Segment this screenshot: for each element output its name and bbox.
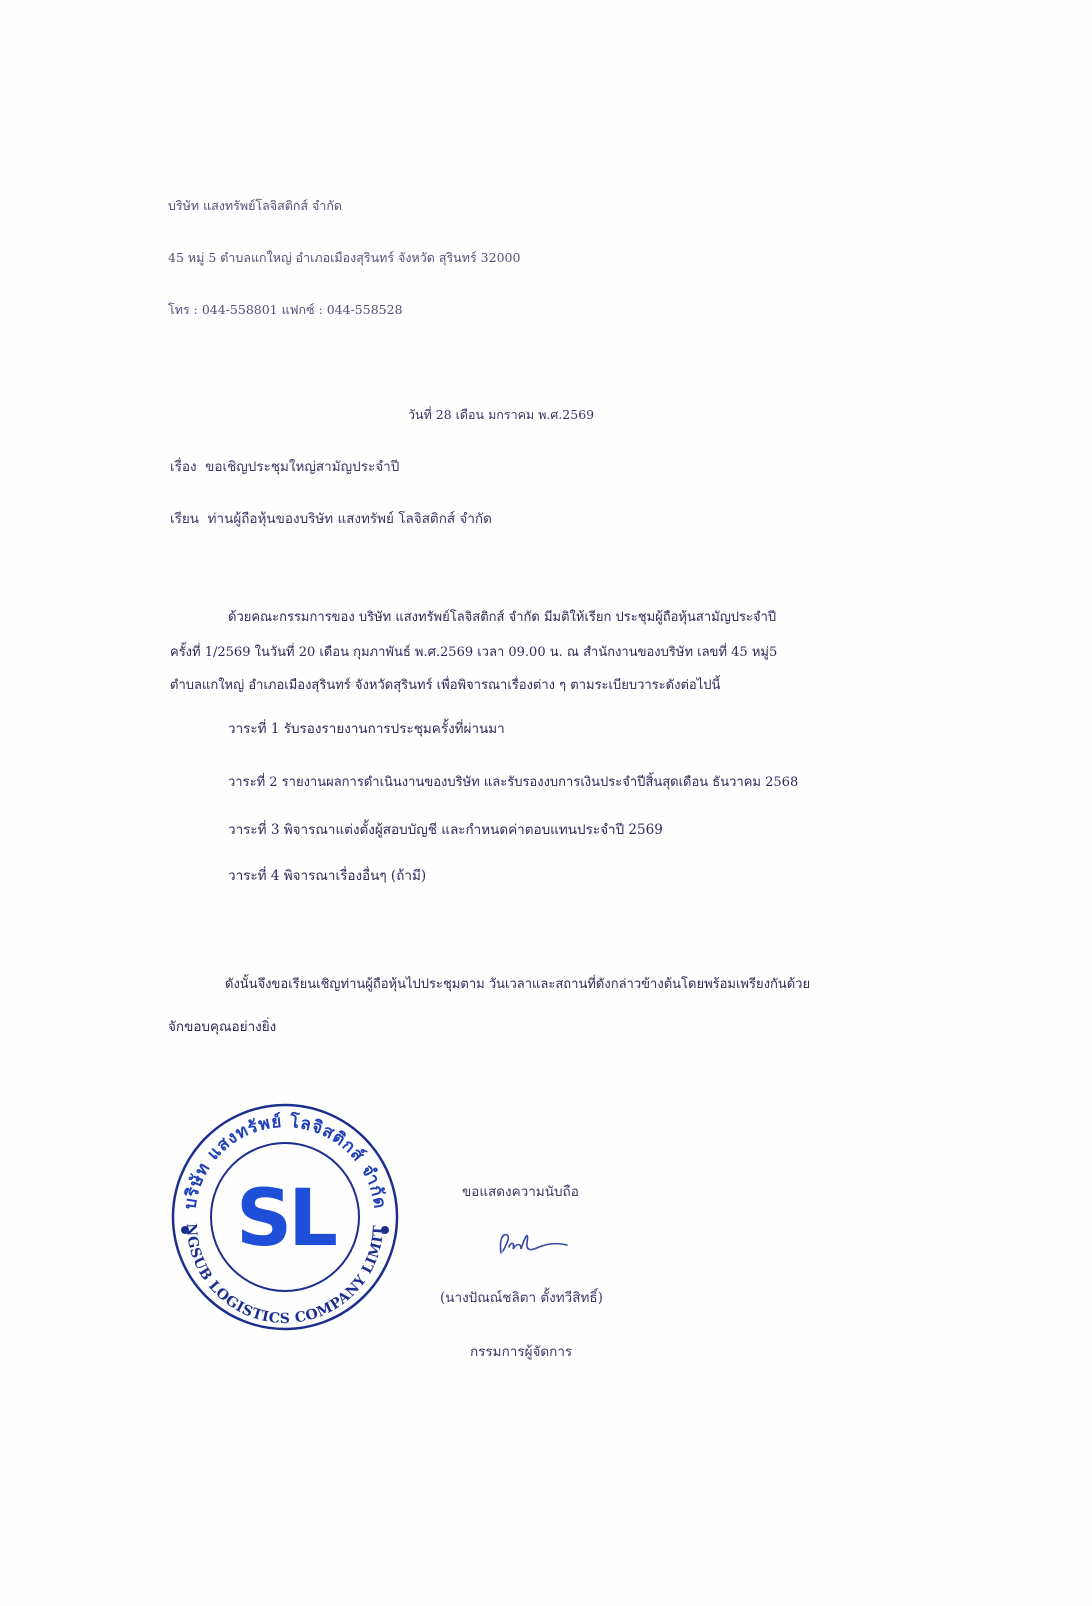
subject-label: เรื่อง: [170, 459, 197, 475]
company-address: 45 หมู่ 5 ตำบลแกใหญ่ อำเภอเมืองสุรินทร์ …: [168, 248, 520, 268]
company-name: บริษัท แสงทรัพย์โลจิสติกส์ จำกัด: [168, 196, 342, 216]
stamp-seal-icon: บริษัท แสงทรัพย์ โลจิสติกส์ จำกัด SANGSU…: [165, 1095, 405, 1335]
signer-name: (นางปัณณ์ชลิตา ตั้งทวีสิทธิ์): [440, 1286, 603, 1308]
subject-text: ขอเชิญประชุมใหญ่สามัญประจำปี: [205, 459, 399, 475]
letter-date: วันที่ 28 เดือน มกราคม พ.ศ.2569: [408, 405, 594, 425]
recipient-text: ท่านผู้ถือหุ้นของบริษัท แสงทรัพย์ โลจิสต…: [208, 511, 492, 527]
signature: [495, 1225, 575, 1265]
intro-line-3: ตำบลแกใหญ่ อำเภอเมืองสุรินทร์ จังหวัดสุร…: [170, 674, 720, 695]
agenda-item-2: วาระที่ 2 รายงานผลการดำเนินงานของบริษัท …: [228, 771, 798, 792]
subject-line: เรื่อง ขอเชิญประชุมใหญ่สามัญประจำปี: [170, 455, 399, 477]
agenda-item-1: วาระที่ 1 รับรองรายงานการประชุมครั้งที่ผ…: [228, 717, 505, 739]
signature-scribble-icon: [495, 1225, 575, 1265]
company-contact: โทร : 044-558801 แฟกซ์ : 044-558528: [168, 300, 403, 320]
company-stamp: บริษัท แสงทรัพย์ โลจิสติกส์ จำกัด SANGSU…: [165, 1095, 405, 1335]
signer-title: กรรมการผู้จัดการ: [470, 1340, 572, 1362]
stamp-monogram: SL: [236, 1174, 336, 1264]
document-page: บริษัท แสงทรัพย์โลจิสติกส์ จำกัด 45 หมู่…: [0, 0, 1092, 1606]
intro-line-2: ครั้งที่ 1/2569 ในวันที่ 20 เดือน กุมภาพ…: [170, 641, 777, 662]
closing-salutation: ขอแสดงความนับถือ: [462, 1180, 579, 1202]
agenda-item-4: วาระที่ 4 พิจารณาเรื่องอื่นๆ (ถ้ามี): [228, 864, 426, 886]
closing-line-1: ดังนั้นจึงขอเรียนเชิญท่านผู้ถือหุ้นไปประ…: [225, 973, 810, 994]
recipient-line: เรียน ท่านผู้ถือหุ้นของบริษัท แสงทรัพย์ …: [170, 507, 492, 529]
recipient-label: เรียน: [170, 511, 199, 527]
closing-line-2: จักขอบคุณอย่างยิ่ง: [168, 1015, 276, 1037]
intro-line-1: ด้วยคณะกรรมการของ บริษัท แสงทรัพย์โลจิสต…: [228, 606, 776, 627]
agenda-item-3: วาระที่ 3 พิจารณาแต่งตั้งผู้สอบบัญชี และ…: [228, 818, 663, 840]
